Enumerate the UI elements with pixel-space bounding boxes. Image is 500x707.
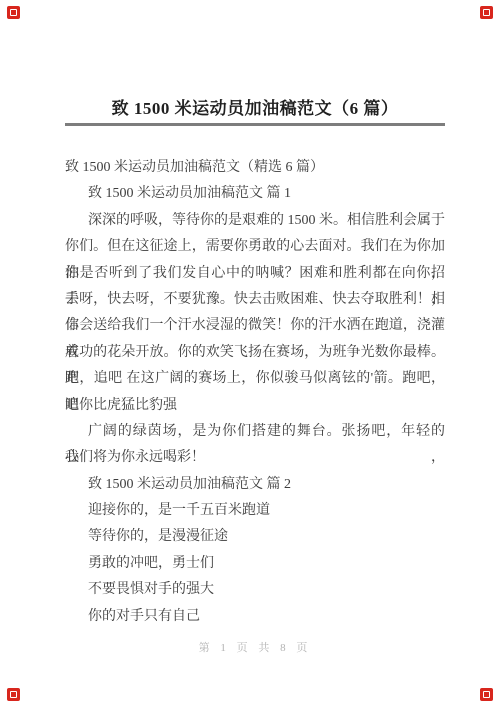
text-line: 深深的呼吸，等待你的是艰难的 1500 米。相信胜利会属于 bbox=[65, 208, 445, 234]
text-line: 你会送给我们一个汗水浸湿的微笑！你的汗水洒在跑道，浇灌着 bbox=[65, 313, 445, 339]
text-line: 勇敢的冲吧，勇士们 bbox=[65, 551, 445, 577]
text-line: 你的对手只有自己 bbox=[65, 604, 445, 630]
stamp-icon-top-right bbox=[480, 6, 493, 19]
text-line: 吧，追吧 在这广阔的赛场上，你似骏马似离铉的'箭。跑吧，追 bbox=[65, 366, 445, 392]
document-body: 致 1500 米运动员加油稿范文（精选 6 篇）致 1500 米运动员加油稿范文… bbox=[65, 155, 445, 630]
title-divider bbox=[65, 123, 445, 126]
text-line: 广阔的绿茵场，是为你们搭建的舞台。张扬吧，年轻的心， bbox=[65, 419, 445, 445]
document-page: 致 1500 米运动员加油稿范文（6 篇） 致 1500 米运动员加油稿范文（精… bbox=[0, 0, 500, 707]
text-line: 等待你的，是漫漫征途 bbox=[65, 524, 445, 550]
text-line: 吧你比虎猛比豹强 bbox=[65, 393, 445, 419]
stamp-icon-bottom-right bbox=[480, 688, 493, 701]
text-line: 去呀，快去呀，不要犹豫。快去击败困难、快去夺取胜利！相信 bbox=[65, 287, 445, 313]
stamp-icon-bottom-left bbox=[7, 688, 20, 701]
text-line: 成功的花朵开放。你的欢笑飞扬在赛场，为班争光数你最棒。跑 bbox=[65, 340, 445, 366]
text-line: 致 1500 米运动员加油稿范文 篇 2 bbox=[65, 472, 445, 498]
stamp-inner-glyph bbox=[483, 9, 490, 16]
text-line: 不要畏惧对手的强大 bbox=[65, 577, 445, 603]
text-line: 你是否听到了我们发自心中的呐喊？困难和胜利都在向你招手， bbox=[65, 261, 445, 287]
stamp-inner-glyph bbox=[483, 691, 490, 698]
text-line: 致 1500 米运动员加油稿范文 篇 1 bbox=[65, 181, 445, 207]
stamp-inner-glyph bbox=[10, 9, 17, 16]
page-footer: 第 1 页 共 8 页 bbox=[65, 641, 445, 655]
stamp-icon-top-left bbox=[7, 6, 20, 19]
stamp-inner-glyph bbox=[10, 691, 17, 698]
text-line: 迎接你的，是一千五百米跑道 bbox=[65, 498, 445, 524]
page-title: 致 1500 米运动员加油稿范文（6 篇） bbox=[65, 99, 445, 119]
text-line: 致 1500 米运动员加油稿范文（精选 6 篇） bbox=[65, 155, 445, 181]
text-line: 你们。但在这征途上，需要你勇敢的心去面对。我们在为你加油， bbox=[65, 234, 445, 260]
